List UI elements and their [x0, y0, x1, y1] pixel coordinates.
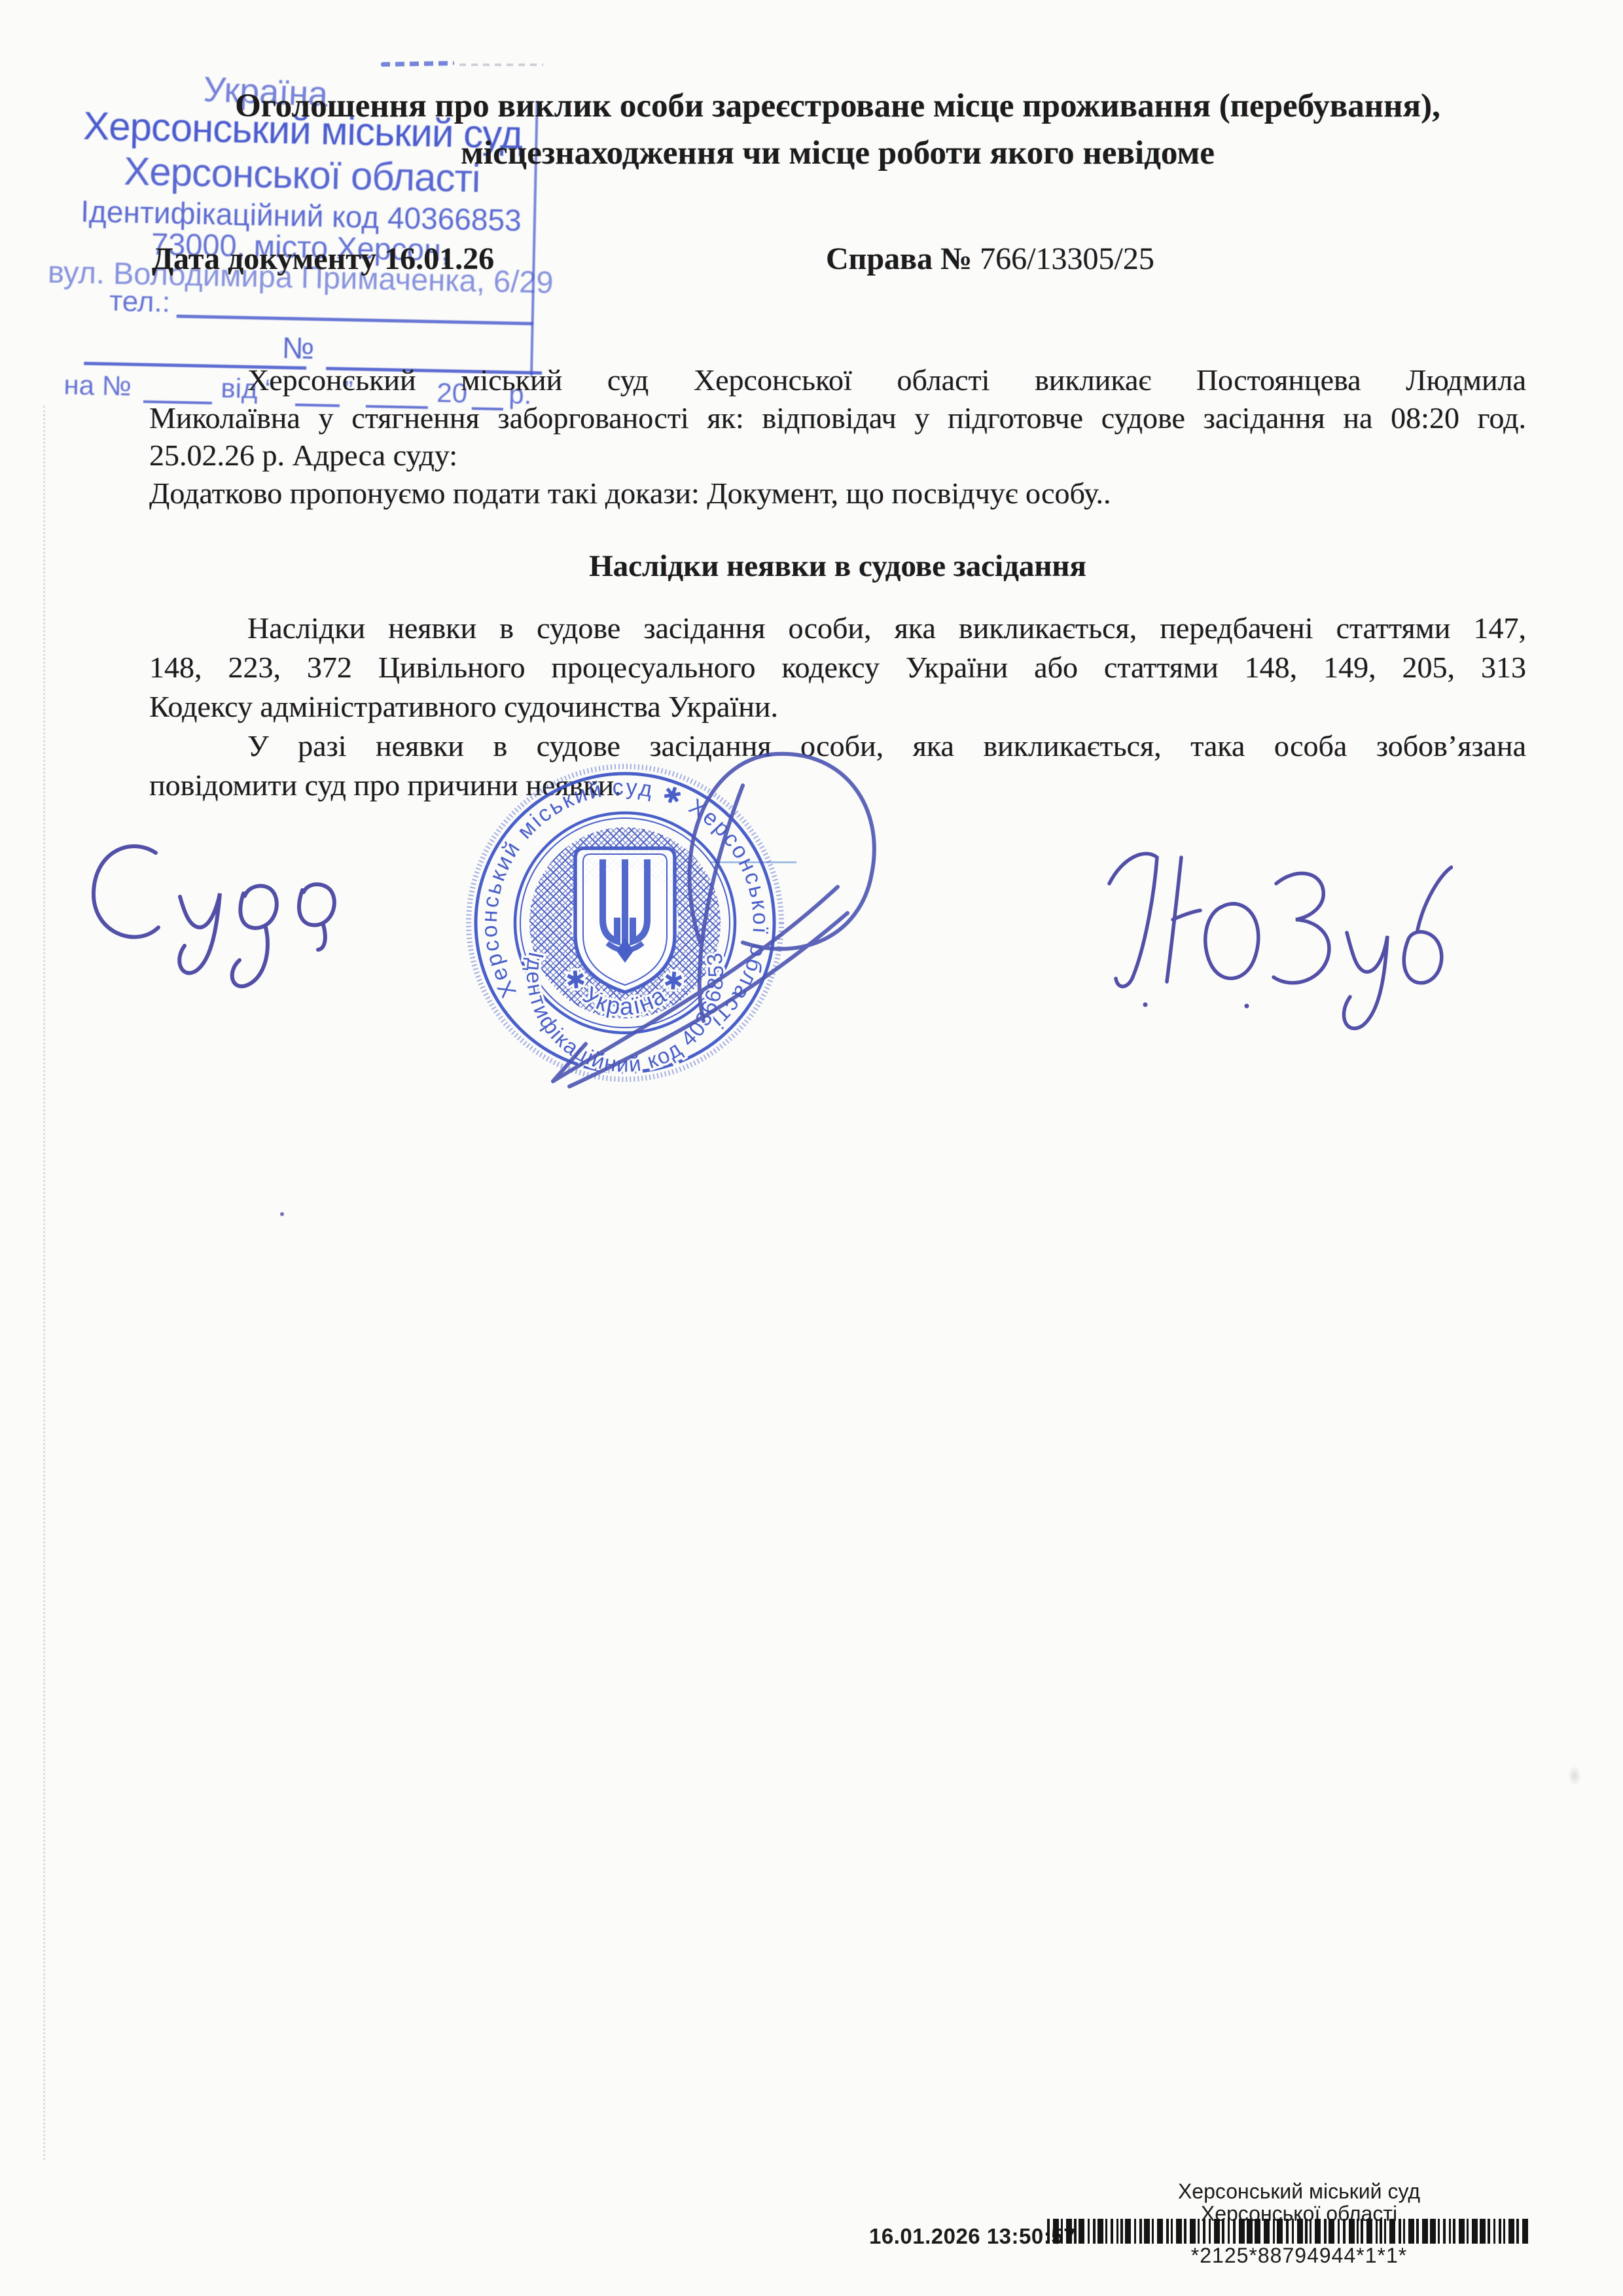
scan-artifact-smudge: [1568, 1766, 1581, 1785]
handwriting-strokes: [94, 846, 334, 986]
document-title-line-1: Оголошення про виклик особи зареєстрован…: [149, 82, 1526, 130]
document-title: Оголошення про виклик особи зареєстрован…: [149, 82, 1526, 177]
paragraph-line: Миколаївна у стягнення заборгованості як…: [149, 399, 1526, 437]
section-heading: Наслідки неявки в судове засідання: [149, 548, 1526, 584]
scan-artifact-vertical-dots: [43, 406, 45, 2160]
judge-label-handwriting: [72, 828, 353, 998]
paragraph-line: Херсонський міський суд Херсонської обла…: [149, 361, 1526, 399]
summons-paragraph: Херсонський міський суд Херсонської обла…: [149, 361, 1526, 512]
court-round-seal: Херсонський міський суд ✱ Херсонської об…: [445, 746, 916, 1113]
paragraph-line: 148, 223, 372 Цивільного процесуального …: [149, 648, 1526, 687]
evidence-line: Додатково пропонуємо подати такі докази:…: [149, 475, 1526, 512]
document-title-line-2: місцезнаходження чи місце роботи якого н…: [149, 130, 1526, 177]
trident-emblem: [575, 848, 675, 992]
barcode-value: *2125*88794944*1*1*: [1113, 2244, 1486, 2268]
judge-signature-handwriting: [1060, 821, 1453, 1070]
stamp-phone-label: тел.:: [109, 285, 171, 319]
ink-dot: [280, 1212, 284, 1216]
footer-court-name-1: Херсонський міський суд: [1113, 2179, 1486, 2204]
stamp-ref-na: на №: [63, 369, 132, 402]
scanned-court-document-page: Україна Херсонський міський суд Херсонсь…: [0, 0, 1623, 2296]
handwriting-strokes: [1109, 853, 1452, 1028]
case-label: Справа №: [826, 242, 972, 276]
document-date: Дата документу 16.01.26: [152, 241, 494, 277]
paragraph-line: Наслідки неявки в судове засідання особи…: [149, 609, 1526, 648]
case-number-line: Справа № 766/13305/25: [826, 241, 1154, 277]
barcode: [1047, 2219, 1547, 2244]
stamp-phone-blank-line: [177, 287, 534, 325]
paragraph-line: Кодексу адміністративного судочинства Ук…: [149, 687, 1526, 726]
scan-artifact-gray-dash: [459, 63, 543, 66]
case-number: 766/13305/25: [980, 242, 1154, 276]
footer-timestamp: 16.01.2026 13:50:57: [869, 2224, 1076, 2249]
paragraph-line: 25.02.26 р. Адреса суду:: [149, 437, 1526, 475]
